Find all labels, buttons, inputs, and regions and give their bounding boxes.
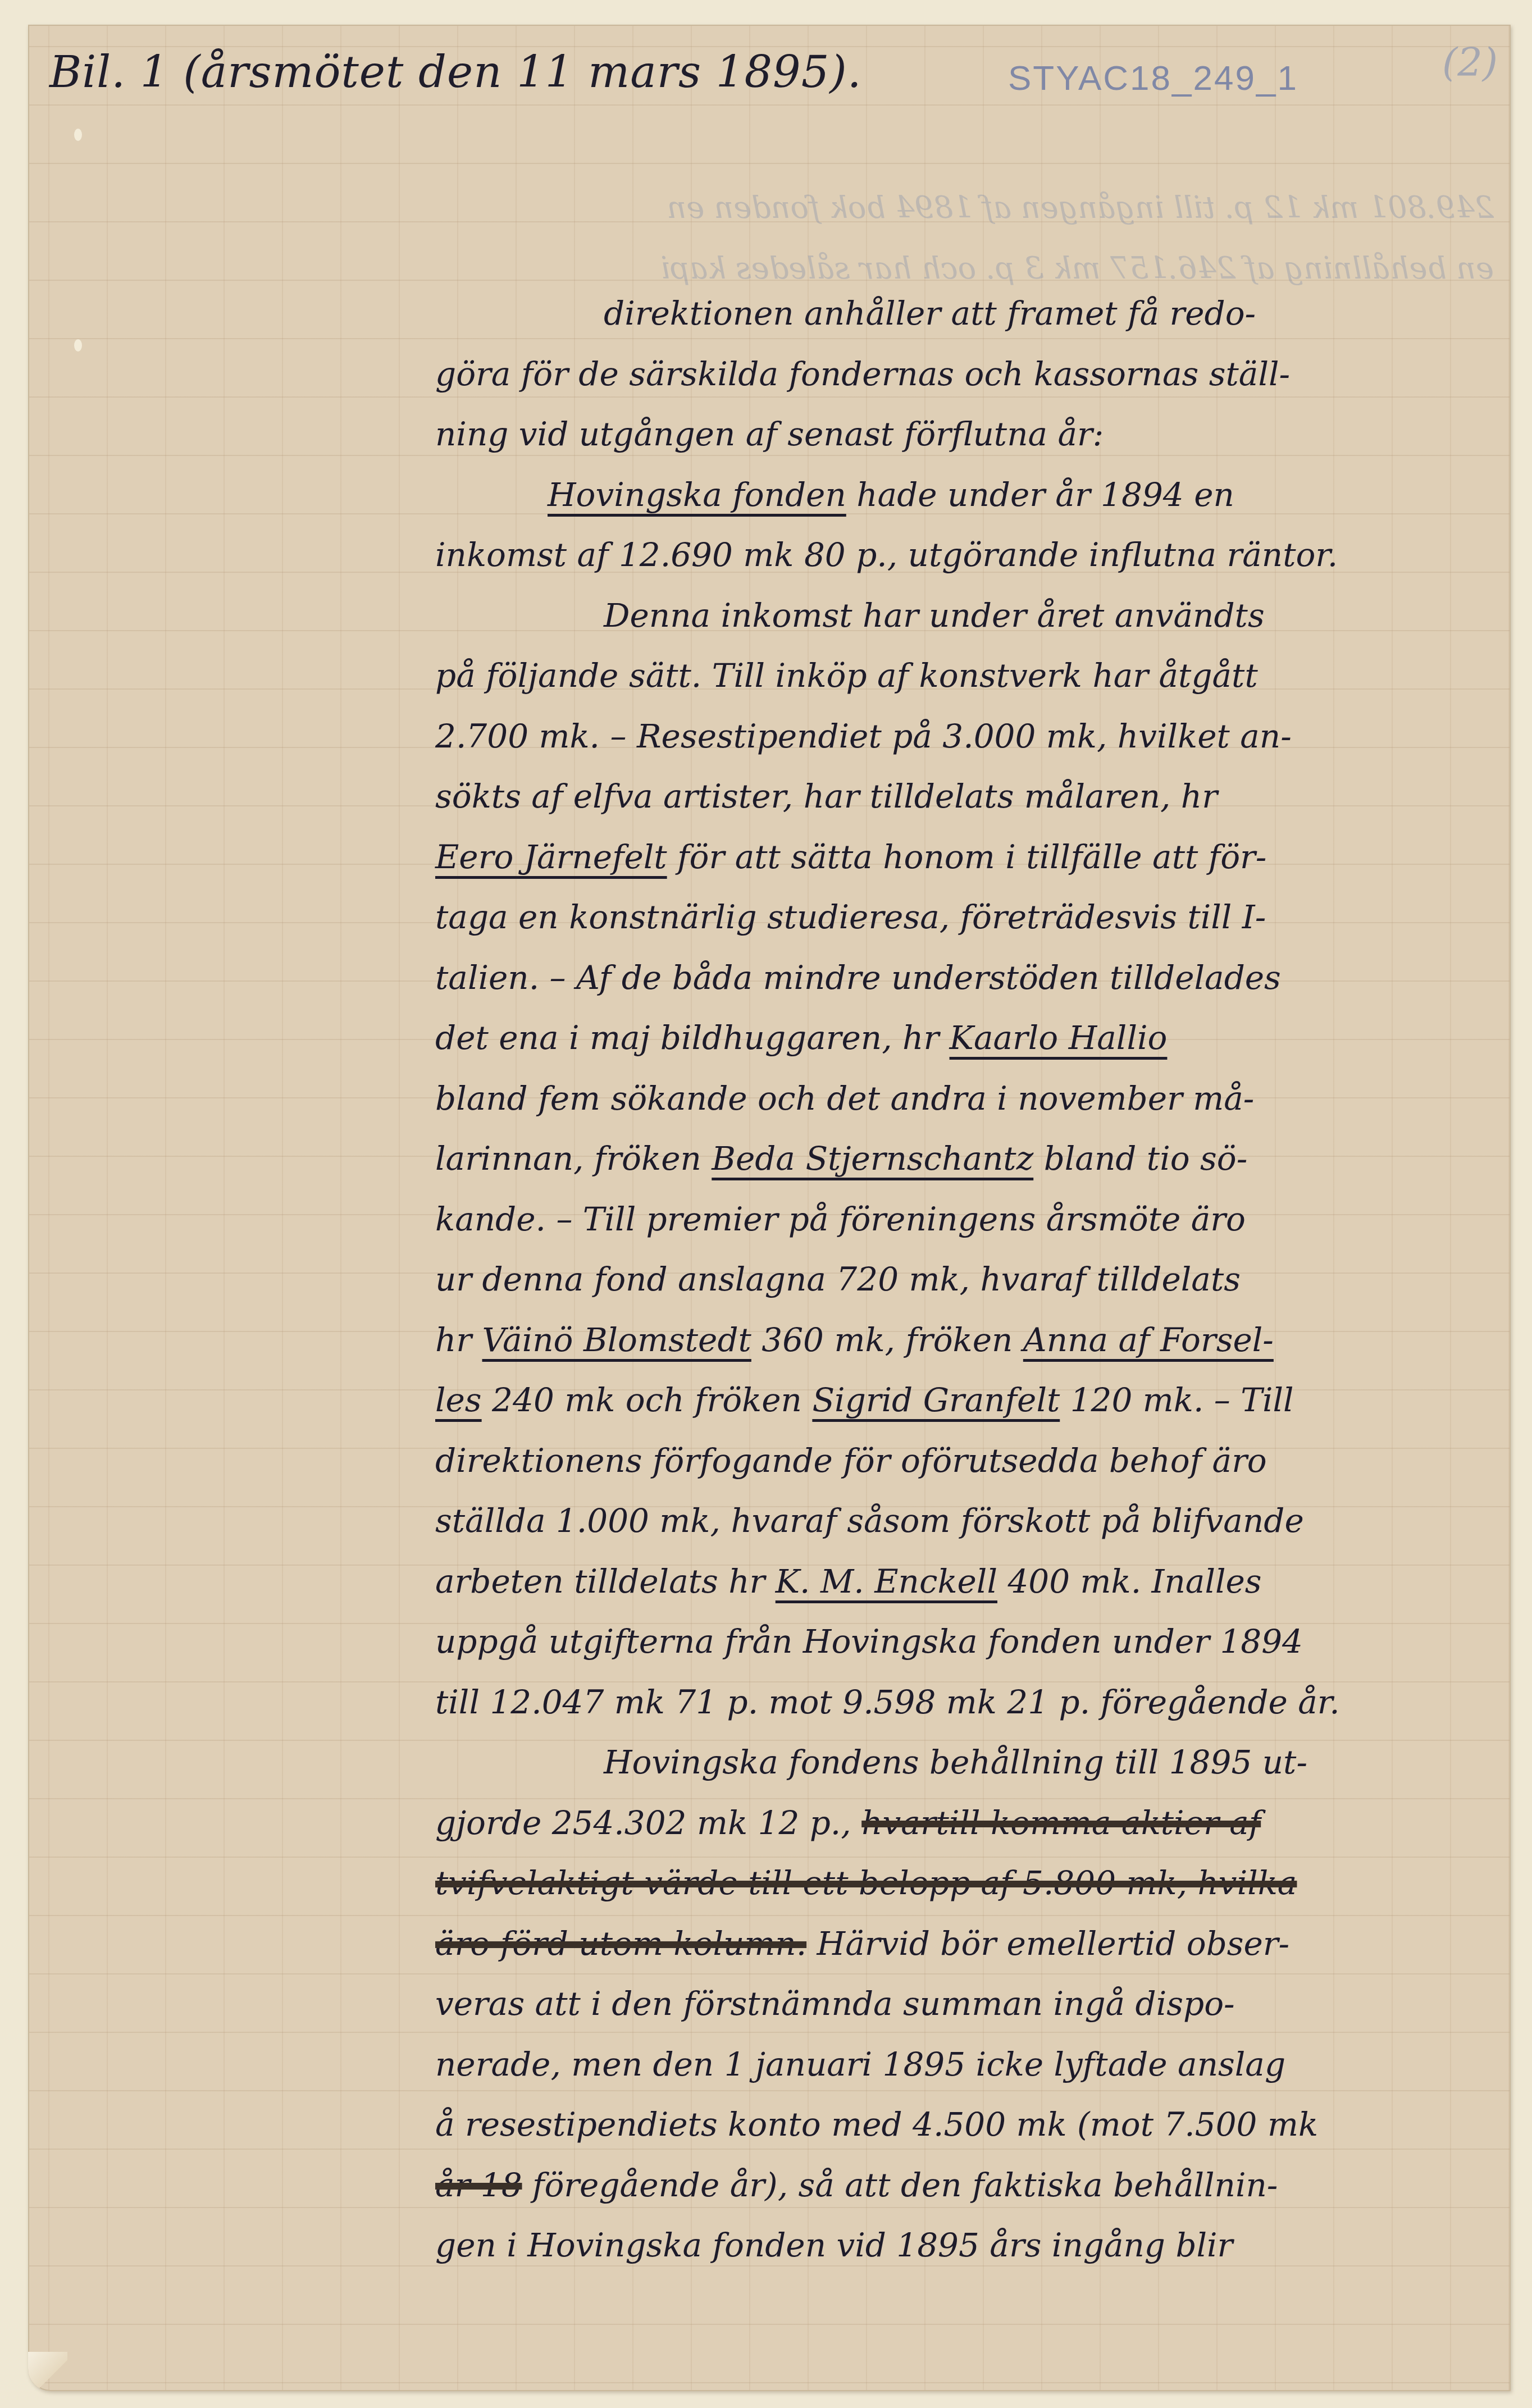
- text-line: bland fem sökande och det andra i novemb…: [435, 1069, 1491, 1129]
- text-line: sökts af elfva artister, har tilldelats …: [435, 767, 1491, 827]
- text-line: hr Väinö Blomstedt 360 mk, fröken Anna a…: [435, 1310, 1491, 1371]
- text-line: äro förd utom kolumn. Härvid bör emeller…: [435, 1914, 1491, 1974]
- struck-text: tvifvelaktigt värde till ett belopp af 5…: [435, 1864, 1297, 1902]
- punch-hole: [74, 339, 82, 352]
- underlined-name-with-correction: Sigrid Granfelt: [812, 1381, 1060, 1419]
- struck-text: äro förd utom kolumn.: [435, 1924, 806, 1963]
- text-line: direktionen anhåller att framet få redo-: [435, 284, 1491, 344]
- archive-id-stamp: STYAC18_249_1: [1008, 58, 1298, 98]
- bleed-through-text: 249.801 mk 12 p. till ingången af 1894 b…: [483, 168, 1494, 289]
- underlined-name: K. M. Enckell: [776, 1562, 997, 1600]
- text-line: å resestipendiets konto med 4.500 mk (mo…: [435, 2095, 1491, 2155]
- text-line: nerade, men den 1 januari 1895 icke lyft…: [435, 2035, 1491, 2095]
- text-line: larinnan, fröken Beda Stjernschantz blan…: [435, 1129, 1491, 1189]
- underlined-name: Beda Stjernschantz: [712, 1139, 1033, 1178]
- text-line: på följande sätt. Till inköp af konstver…: [435, 646, 1491, 706]
- text-line: direktionens förfogande för oförutsedda …: [435, 1431, 1491, 1492]
- underlined-name: Väinö Blomstedt: [482, 1321, 751, 1359]
- bleed-line: 249.801 mk 12 p. till ingången af 1894 b…: [483, 168, 1494, 229]
- page-number: (2): [1442, 39, 1498, 85]
- text-line: till 12.047 mk 71 p. mot 9.598 mk 21 p. …: [435, 1672, 1491, 1733]
- text-line: les 240 mk och fröken Sigrid Granfelt 12…: [435, 1370, 1491, 1431]
- bleed-line: en behållning af 246.157 mk 3 p. och har…: [483, 229, 1494, 290]
- text-line: Eero Järnefelt för att sätta honom i til…: [435, 827, 1491, 888]
- text-line: tvifvelaktigt värde till ett belopp af 5…: [435, 1853, 1491, 1914]
- header-note: Bil. 1 (årsmötet den 11 mars 1895).: [49, 47, 862, 98]
- text-line: år 18 föregående år), så att den faktisk…: [435, 2155, 1491, 2216]
- underlined-name: Kaarlo Hallio: [950, 1019, 1168, 1057]
- underlined-name: Eero Järnefelt: [435, 838, 667, 876]
- text-line: ställda 1.000 mk, hvaraf såsom förskott …: [435, 1491, 1491, 1552]
- text-line: 2.700 mk. – Resestipendiet på 3.000 mk, …: [435, 706, 1491, 767]
- text-line: det ena i maj bildhuggaren, hr Kaarlo Ha…: [435, 1008, 1491, 1069]
- text-line: kande. – Till premier på föreningens års…: [435, 1189, 1491, 1250]
- text-line: Denna inkomst har under året användts: [435, 586, 1491, 646]
- struck-text: år 18: [435, 2166, 522, 2204]
- text-line: Hovingska fonden hade under år 1894 en: [435, 465, 1491, 526]
- text-line: ning vid utgången af senast förflutna år…: [435, 404, 1491, 465]
- underlined-name: Hovingska fonden: [548, 476, 846, 514]
- text-line: uppgå utgifterna från Hovingska fonden u…: [435, 1612, 1491, 1672]
- text-line: taga en konstnärlig studieresa, företräd…: [435, 887, 1491, 948]
- struck-text: hvartill komma aktier af: [861, 1804, 1261, 1842]
- text-line: inkomst af 12.690 mk 80 p., utgörande in…: [435, 525, 1491, 586]
- text-line: gen i Hovingska fonden vid 1895 års ingå…: [435, 2215, 1491, 2276]
- manuscript-body: direktionen anhåller att framet få redo-…: [435, 284, 1491, 2276]
- text-line: ur denna fond anslagna 720 mk, hvaraf ti…: [435, 1249, 1491, 1310]
- text-line: arbeten tilldelats hr K. M. Enckell 400 …: [435, 1552, 1491, 1612]
- underlined-name: Anna af Forsel-: [1023, 1321, 1274, 1359]
- text-line: göra för de särskilda fondernas och kass…: [435, 344, 1491, 405]
- text-line: Hovingska fondens behållning till 1895 u…: [435, 1732, 1491, 1793]
- text-line: veras att i den förstnämnda summan ingå …: [435, 1974, 1491, 2035]
- punch-hole: [74, 129, 82, 141]
- text-line: talien. – Af de båda mindre understöden …: [435, 948, 1491, 1009]
- underlined-name: les: [435, 1381, 482, 1419]
- text-line: gjorde 254.302 mk 12 p., hvartill komma …: [435, 1793, 1491, 1854]
